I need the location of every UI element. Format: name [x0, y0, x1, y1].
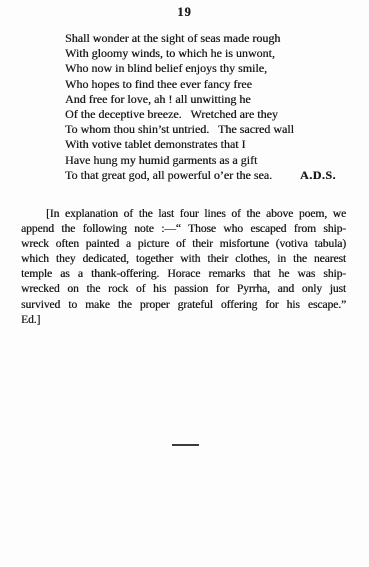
note-line: temple as a thank-offering. Horace remar… [21, 266, 346, 281]
note-line: wrecked on the rock of his passion for P… [21, 281, 346, 296]
poem-block: Shall wonder at the sight of seas made r… [65, 31, 336, 183]
section-end-rule [172, 444, 199, 446]
note-line: append the following note :—“ Those who … [21, 221, 346, 236]
poem-line: Who hopes to find thee ever fancy free [65, 77, 336, 92]
poem-line: Have hung my humid garments as a gift [65, 153, 336, 168]
note-line: survived to make the proper grateful off… [21, 297, 346, 312]
poem-line: With votive tablet demonstrates that I [65, 137, 336, 152]
note-line: [In explanation of the last four lines o… [21, 206, 346, 221]
poem-signature: A.D.S. [300, 168, 336, 183]
note-line: which they dedicated, together with thei… [21, 251, 346, 266]
page-number: 19 [0, 5, 369, 20]
poem-line: And free for love, ah ! all unwitting he [65, 92, 336, 107]
poem-last-line: To that great god, all powerful o’er the… [65, 168, 336, 183]
note-line: Ed.] [21, 312, 346, 327]
note-line: wreck often painted a picture of their m… [21, 236, 346, 251]
poem-line: With gloomy winds, to which he is unwont… [65, 46, 336, 61]
poem-line: Who now in blind belief enjoys thy smile… [65, 61, 336, 76]
poem-line: To whom thou shin’st untried. The sacred… [65, 122, 336, 137]
poem-line: To that great god, all powerful o’er the… [65, 168, 272, 183]
poem-line: Of the deceptive breeze. Wretched are th… [65, 107, 336, 122]
poem-line: Shall wonder at the sight of seas made r… [65, 31, 336, 46]
scanned-book-page: 19 Shall wonder at the sight of seas mad… [0, 0, 369, 567]
editorial-note-block: [In explanation of the last four lines o… [21, 206, 346, 327]
